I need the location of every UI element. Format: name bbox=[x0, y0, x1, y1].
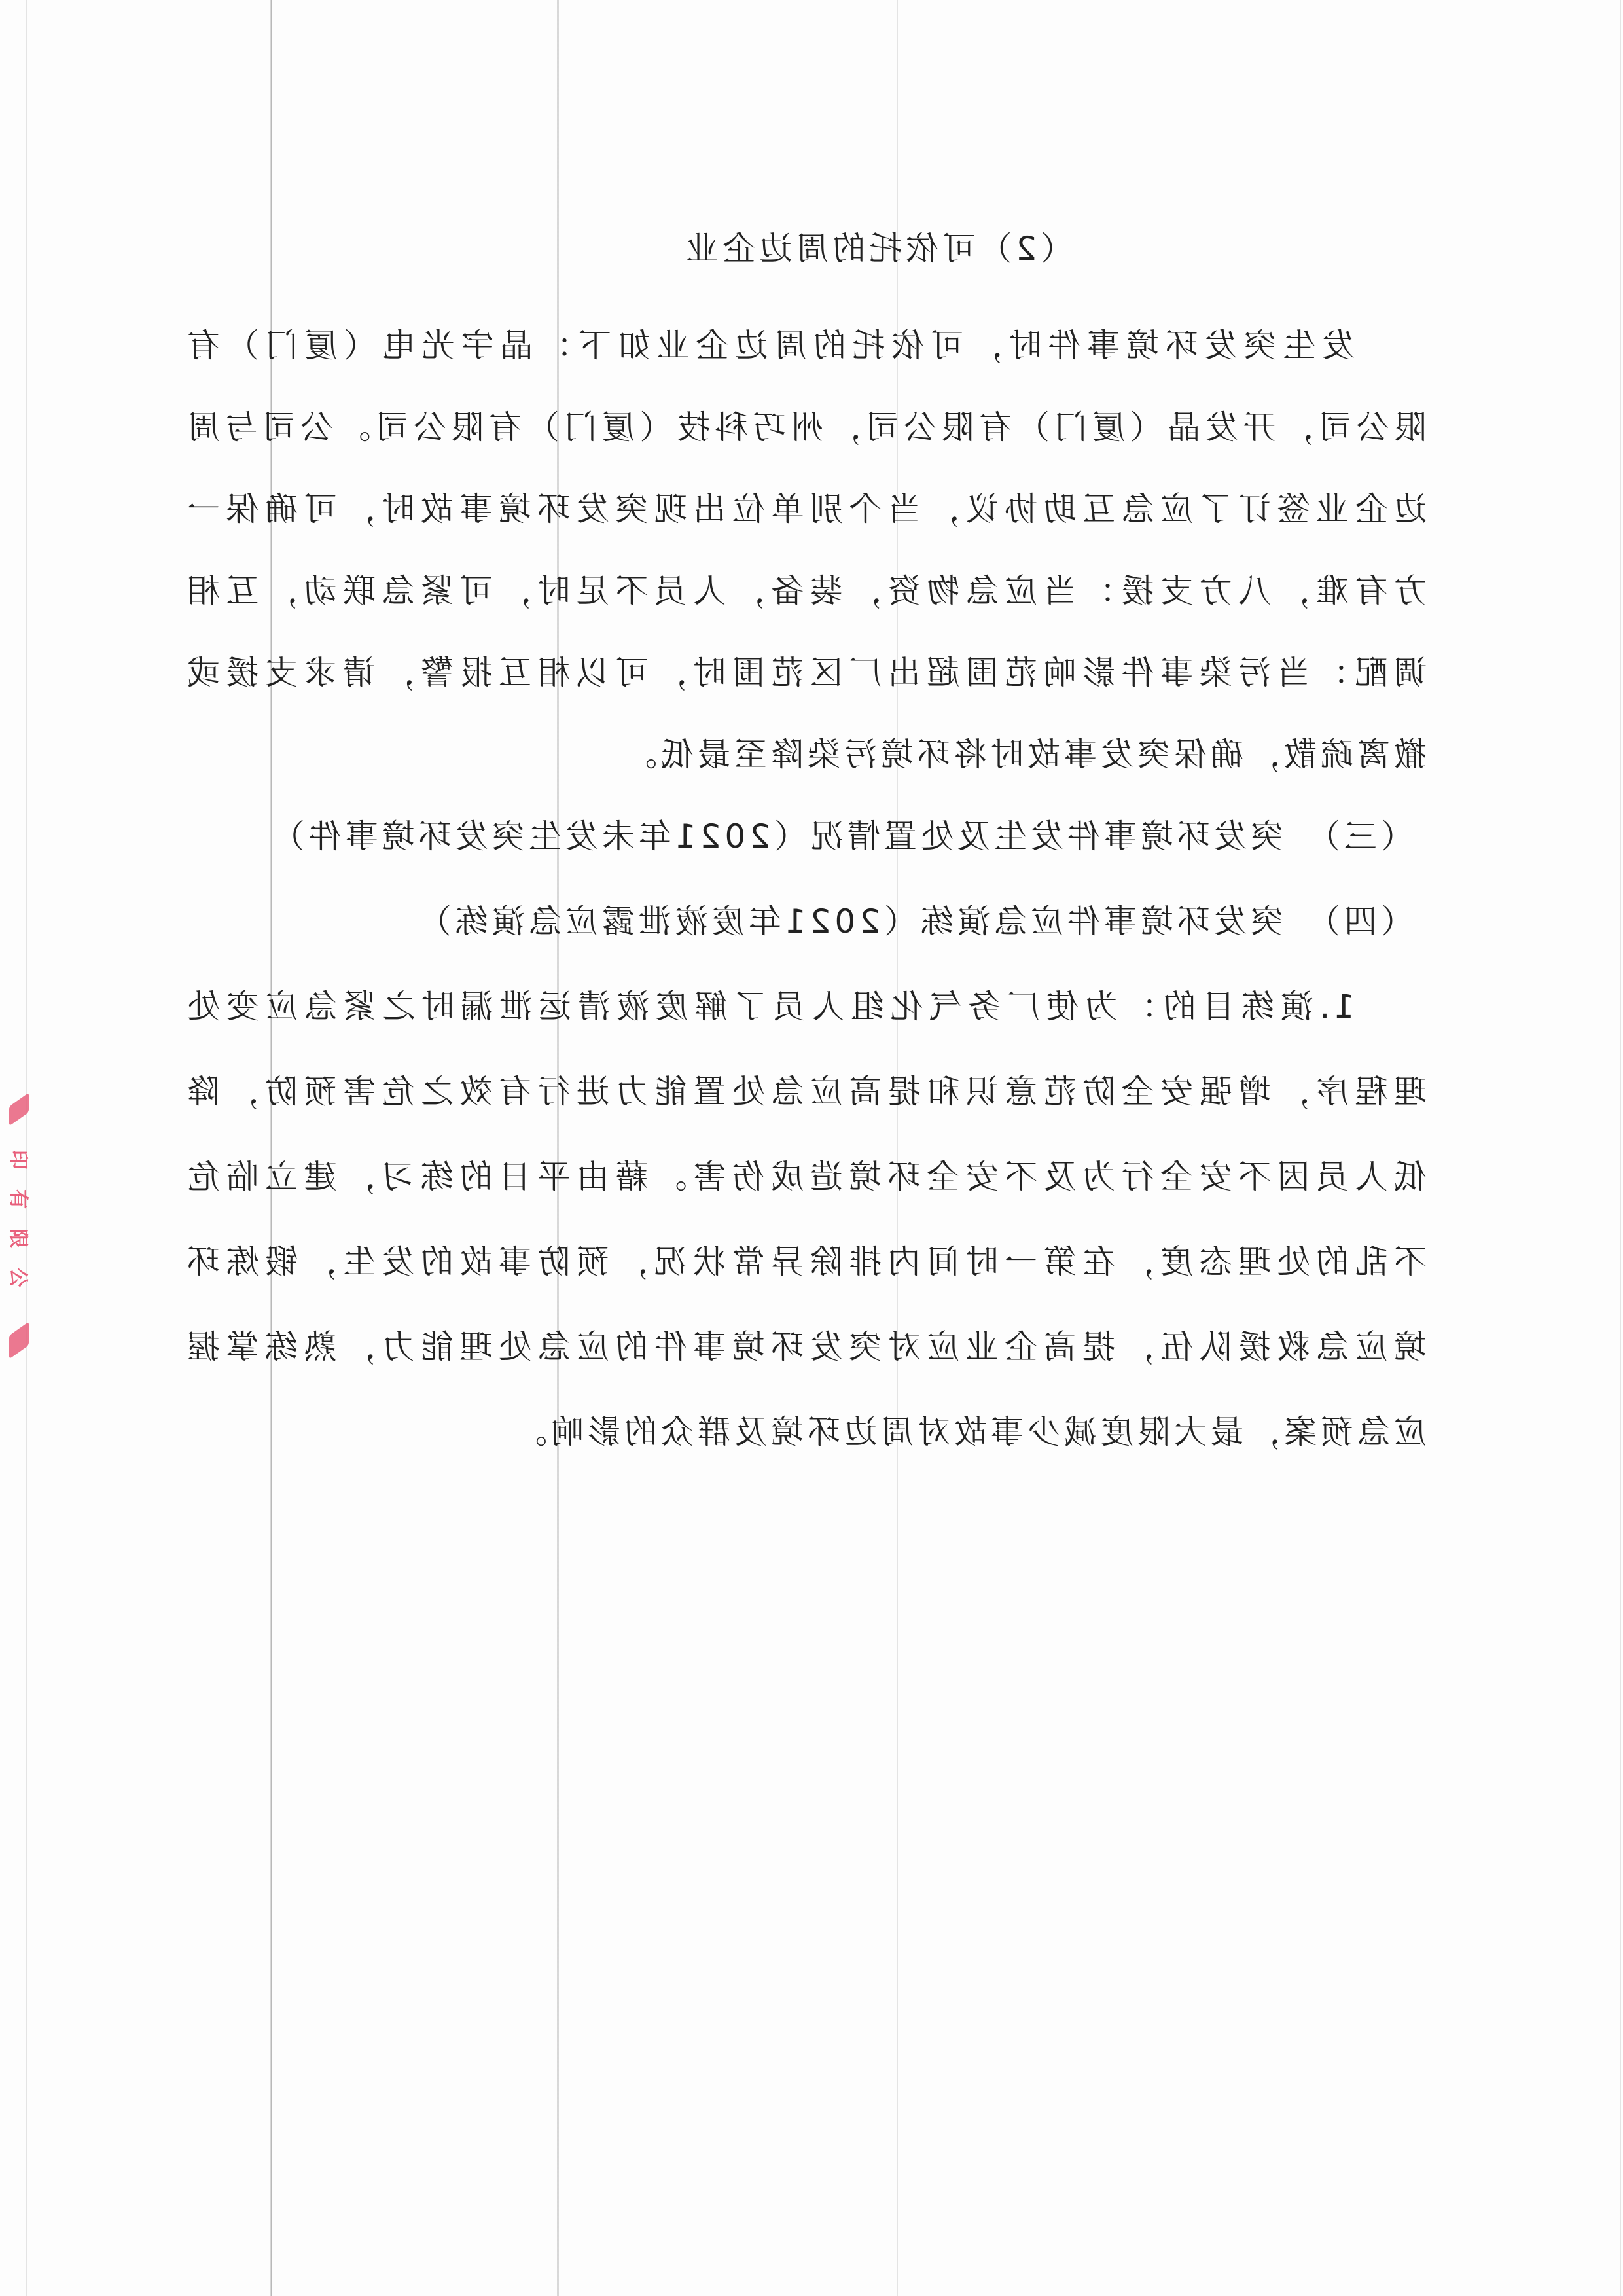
section-heading-incidents: （三） 突发环境事件发生及处置情况（2021年未发生突发环境事件） bbox=[268, 814, 1414, 859]
paragraph-line: 境应急救援队伍，提高企业应对突发环境事件的应急处理能力，熟练掌握 bbox=[183, 1324, 1427, 1370]
section-heading-drill: （四） 突发环境事件应急演练（2021年废液泄露应急演练） bbox=[415, 899, 1414, 944]
paragraph-line: 应急预案，最大限度减少事故对周边环境及群众的影响。 bbox=[510, 1409, 1427, 1455]
paragraph-line: 不乱的处理态度，在第一时间内排除异常状况，预防事故的发生，锻炼环 bbox=[183, 1239, 1427, 1285]
paragraph-line: 低人员因不安全行为及不安全环境造成伤害。藉由平日的练习，建立临危 bbox=[183, 1154, 1427, 1200]
paragraph-line: 发生突发环境事件时，可依托的周边企业如下：晶宇光电（厦门）有 bbox=[183, 323, 1355, 368]
paragraph-line: 撤离疏散，确保突发事故时将环境污染降至最低。 bbox=[620, 732, 1427, 778]
paragraph-line: 1.演练目的：为使厂务气化组人员了解废液清运泄漏时之紧急应变处 bbox=[183, 984, 1355, 1030]
paragraph-line: 限公司，开发晶（厦门）有限公司，州巧科技（厦门）有限公司。公司与周 bbox=[183, 404, 1427, 450]
paragraph-line: 调配：当污染事件影响范围超出厂区范围时，可以相互报警，请求支援或 bbox=[183, 650, 1427, 696]
section-heading-neighbor-enterprises: （2）可依托的周边企业 bbox=[682, 226, 1073, 272]
paragraph-line: 理程序，增强安全防范意识和提高应急处置能力进行有效之危害预防，降 bbox=[183, 1069, 1427, 1115]
mirrored-page: （2）可依托的周边企业 发生突发环境事件时，可依托的周边企业如下：晶宇光电（厦门… bbox=[0, 0, 1623, 2296]
paragraph-line: 方有难，八方支援：当应急物资，装备，人员不足时，可紧急联动，互相 bbox=[183, 568, 1427, 614]
paragraph-line: 边企业签订了应急互助协议，当个别单位出现突发环境事故时，可确保一 bbox=[183, 486, 1427, 532]
